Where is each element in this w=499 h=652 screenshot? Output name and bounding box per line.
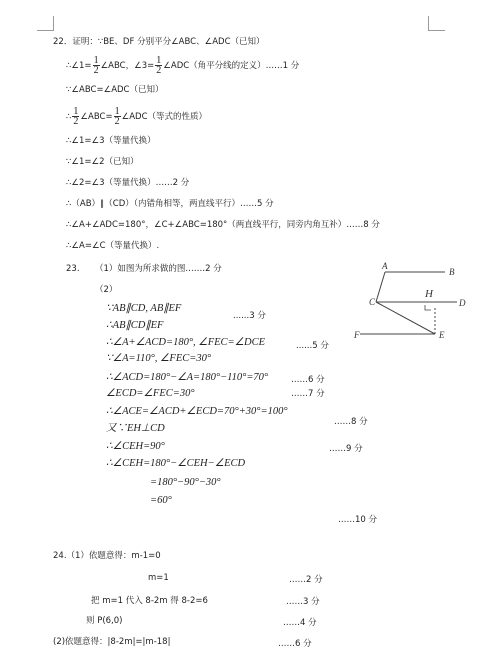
page-corner-mark-right	[428, 16, 445, 31]
q22-line-6: ∴∠2=∠3（等量代换）……2 分	[66, 177, 189, 189]
q22-line-8: ∴∠A+∠ADC=180°，∠C+∠ABC=180°（两直线平行，同旁内角互补）…	[66, 219, 380, 231]
q23-line-8: 又∵EH⊥CD	[106, 423, 165, 435]
q22-line-9: ∴∠A=∠C（等量代换）.	[66, 240, 159, 252]
q23-line-4: ∵∠A=110°, ∠FEC=30°	[106, 353, 211, 365]
q24-score-2: ……2 分	[289, 573, 323, 585]
q23-line-1: ∵AB∥CD, AB∥EF	[106, 303, 181, 315]
q23-line-7: ∴∠ACE=∠ACD+∠ECD=70°+30°=100°	[106, 406, 288, 418]
q24-line-4: 则 P(6,0)	[86, 615, 122, 627]
q22-line-7: ∴（AB）∥（CD）（内错角相等，两直线平行）……5 分	[66, 198, 274, 210]
fraction: 12	[155, 56, 162, 75]
fraction: 12	[93, 56, 100, 75]
q23-line-9: ∴∠CEH=90°	[106, 441, 165, 453]
label-e: E	[438, 330, 445, 340]
q23-line-2: ∴AB∥CD∥EF	[106, 320, 163, 332]
q24-line-1: 24.（1）依题意得：m-1=0	[53, 550, 161, 562]
label-c: C	[369, 297, 376, 307]
fraction: 12	[72, 107, 79, 126]
q22-line-2: ∵∠ABC=∠ADC（已知）	[66, 84, 164, 96]
q23-score-10: ……10 分	[338, 513, 377, 525]
q23-number: 23.	[66, 263, 80, 275]
q24-line-3: 把 m=1 代入 8-2m 得 8-2=6	[91, 595, 208, 607]
q23-score-8: ……8 分	[334, 415, 368, 427]
label-b: B	[449, 267, 455, 277]
q23-part1: （1）如图为所求做的图.……2 分	[95, 263, 222, 275]
q22-line-3: ∴12∠ABC=12∠ADC（等式的性质）	[66, 107, 207, 126]
q23-line-6: ∠ECD=∠FEC=30°	[106, 388, 195, 400]
q22-line-5: ∵∠1=∠2（已知）	[66, 156, 139, 168]
page-corner-mark-left	[37, 16, 54, 31]
q22-header: 22．证明：∵BE、DF 分别平分∠ABC、∠ADC（已知）	[53, 36, 265, 48]
fraction: 12	[114, 107, 121, 126]
label-h: H	[424, 288, 434, 300]
q22-line-1: ∴∠1=12∠ABC，∠3=12∠ADC（角平分线的定义）……1 分	[66, 56, 299, 75]
q23-line-3: ∴∠A+∠ACD=180°, ∠FEC=∠DCE	[106, 337, 265, 349]
q23-score-5: ......5 分	[296, 339, 329, 351]
geometry-figure: A B C D H F E	[345, 262, 470, 347]
q23-line-12: =60°	[150, 495, 172, 507]
q23-line-11: =180°−90°−30°	[150, 477, 221, 489]
label-d: D	[458, 298, 466, 308]
q23-score-7: ……7 分	[291, 387, 325, 399]
q24-line-5: (2)依题意得：|8-2m|=|m-18|	[53, 636, 170, 648]
q24-score-6: ……6 分	[278, 637, 312, 649]
q23-score-3: ......3 分	[233, 309, 266, 321]
label-f: F	[353, 330, 360, 340]
q23-line-5: ∴∠ACD=180°−∠A=180°−110°=70°	[106, 372, 268, 384]
q23-score-6: ……6 分	[291, 373, 325, 385]
q22-line-4: ∴∠1=∠3（等量代换）	[66, 135, 156, 147]
q24-score-3: ……3 分	[286, 595, 320, 607]
label-a: A	[381, 262, 388, 271]
q23-score-9: ……9 分	[329, 442, 363, 454]
q23-part2: （2）	[95, 284, 117, 296]
q24-line-2: m=1	[148, 572, 169, 584]
q24-score-4: ……4 分	[283, 616, 317, 628]
q23-line-10: ∴∠CEH=180°−∠CEH−∠ECD	[106, 458, 245, 470]
